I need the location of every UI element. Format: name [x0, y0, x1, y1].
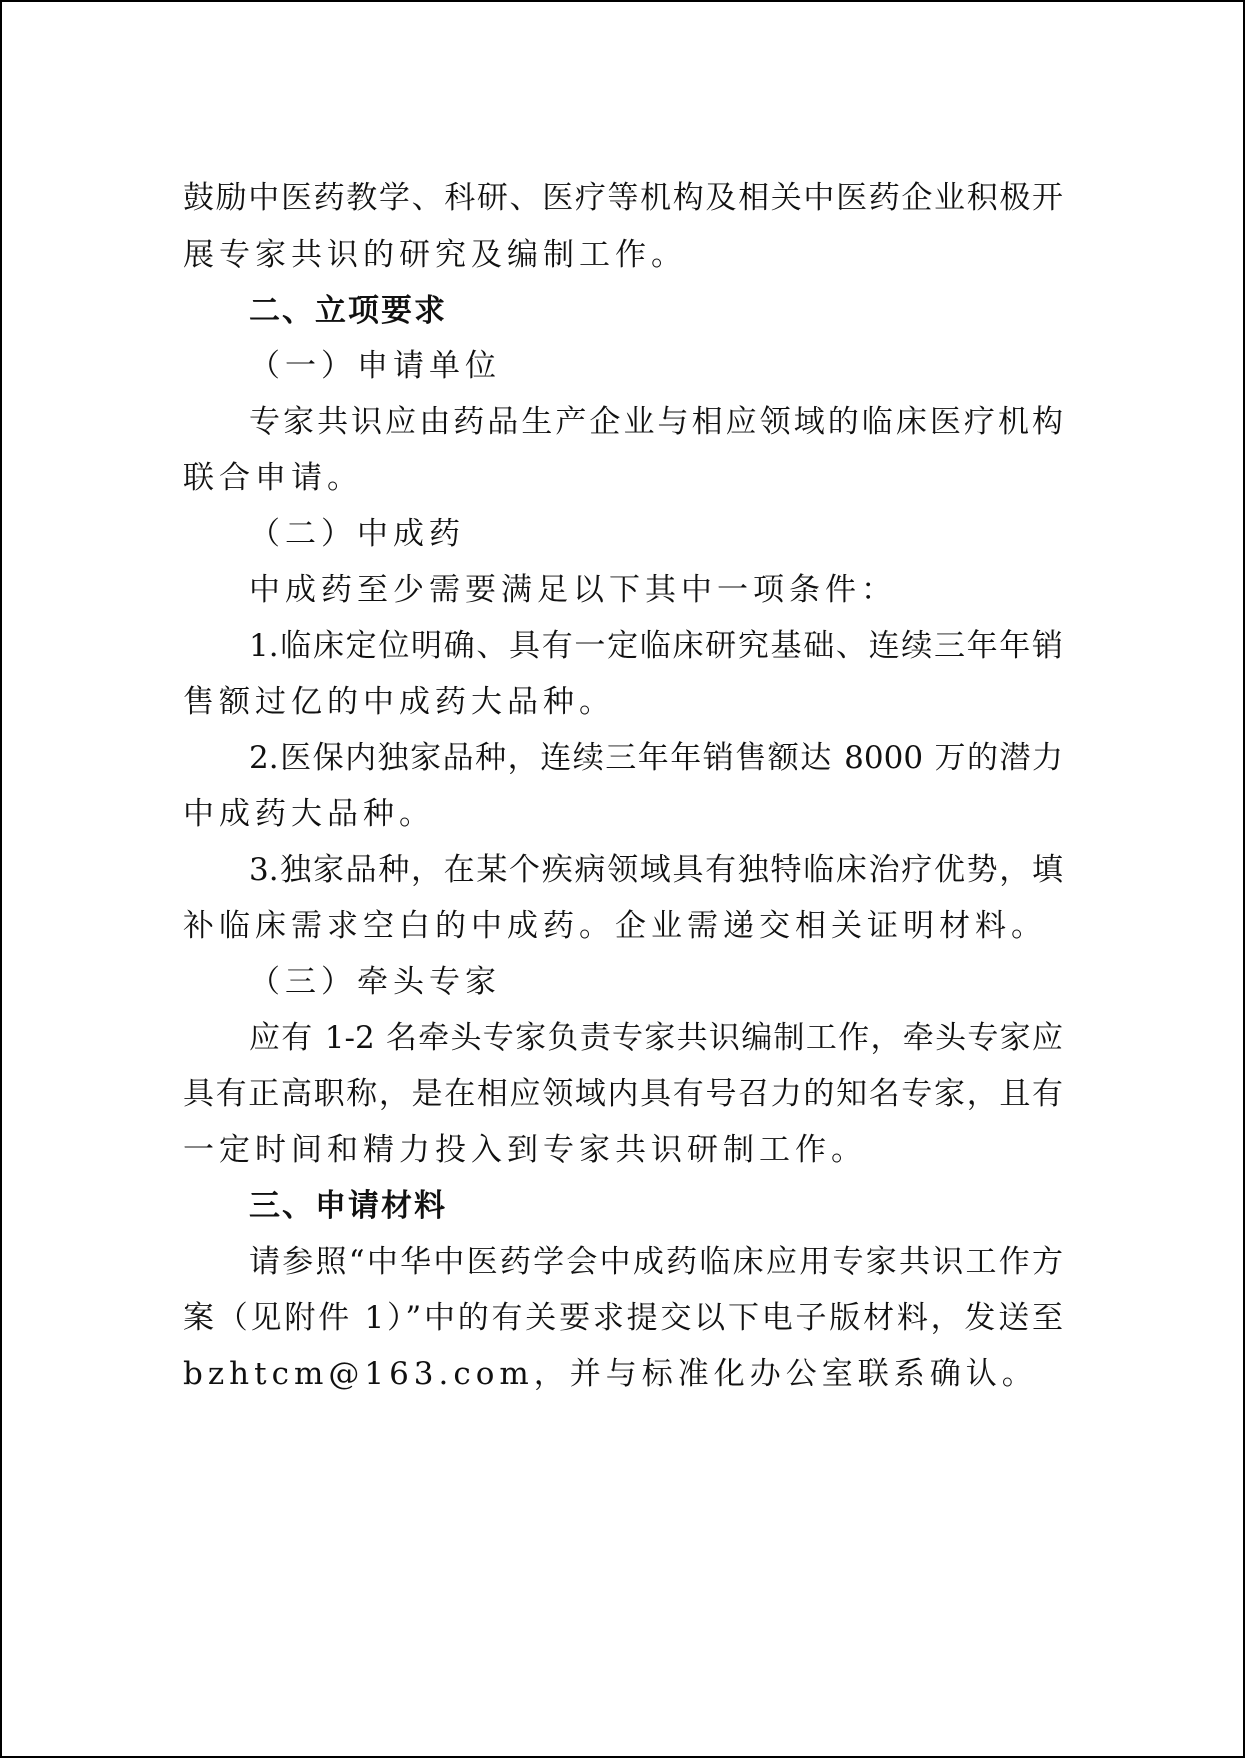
document-page: 鼓励中医药教学、科研、医疗等机构及相关中医药企业积极开 展专家共识的研究及编制工… — [0, 0, 1245, 1758]
subsection-heading-applicant: （一）申请单位 — [249, 340, 501, 385]
paragraph-line: 展专家共识的研究及编制工作。 — [183, 229, 687, 274]
paragraph-line: 鼓励中医药教学、科研、医疗等机构及相关中医药企业积极开 — [183, 172, 1063, 217]
contact-email-line: bzhtcm@163.com，并与标准化办公室联系确认。 — [183, 1348, 1038, 1393]
paragraph-line: 应有 1-2 名牵头专家负责专家共识编制工作，牵头专家应 — [249, 1012, 1063, 1057]
section-heading-2: 二、立项要求 — [249, 285, 447, 330]
paragraph-line: 请参照“中华中医药学会中成药临床应用专家共识工作方 — [249, 1236, 1063, 1281]
paragraph-line: 一定时间和精力投入到专家共识研制工作。 — [183, 1124, 867, 1169]
section-heading-3: 三、申请材料 — [249, 1180, 447, 1225]
paragraph-line: 售额过亿的中成药大品种。 — [183, 676, 615, 721]
paragraph-line: 中成药至少需要满足以下其中一项条件： — [249, 564, 897, 609]
paragraph-line: 案（见附件 1）”中的有关要求提交以下电子版材料，发送至 — [183, 1292, 1063, 1337]
subsection-heading-medicine: （二）中成药 — [249, 508, 465, 553]
list-item-1: 1.临床定位明确、具有一定临床研究基础、连续三年年销 — [249, 620, 1063, 665]
paragraph-line: 专家共识应由药品生产企业与相应领域的临床医疗机构 — [249, 396, 1063, 441]
paragraph-line: 具有正高职称，是在相应领域内具有号召力的知名专家，且有 — [183, 1068, 1063, 1113]
paragraph-line: 补临床需求空白的中成药。企业需递交相关证明材料。 — [183, 900, 1047, 945]
paragraph-line: 中成药大品种。 — [183, 788, 435, 833]
paragraph-line: 联合申请。 — [183, 452, 363, 497]
subsection-heading-lead-expert: （三）牵头专家 — [249, 956, 501, 1001]
list-item-3: 3.独家品种，在某个疾病领域具有独特临床治疗优势，填 — [249, 844, 1063, 889]
list-item-2: 2.医保内独家品种，连续三年年销售额达 8000 万的潜力 — [249, 732, 1063, 777]
